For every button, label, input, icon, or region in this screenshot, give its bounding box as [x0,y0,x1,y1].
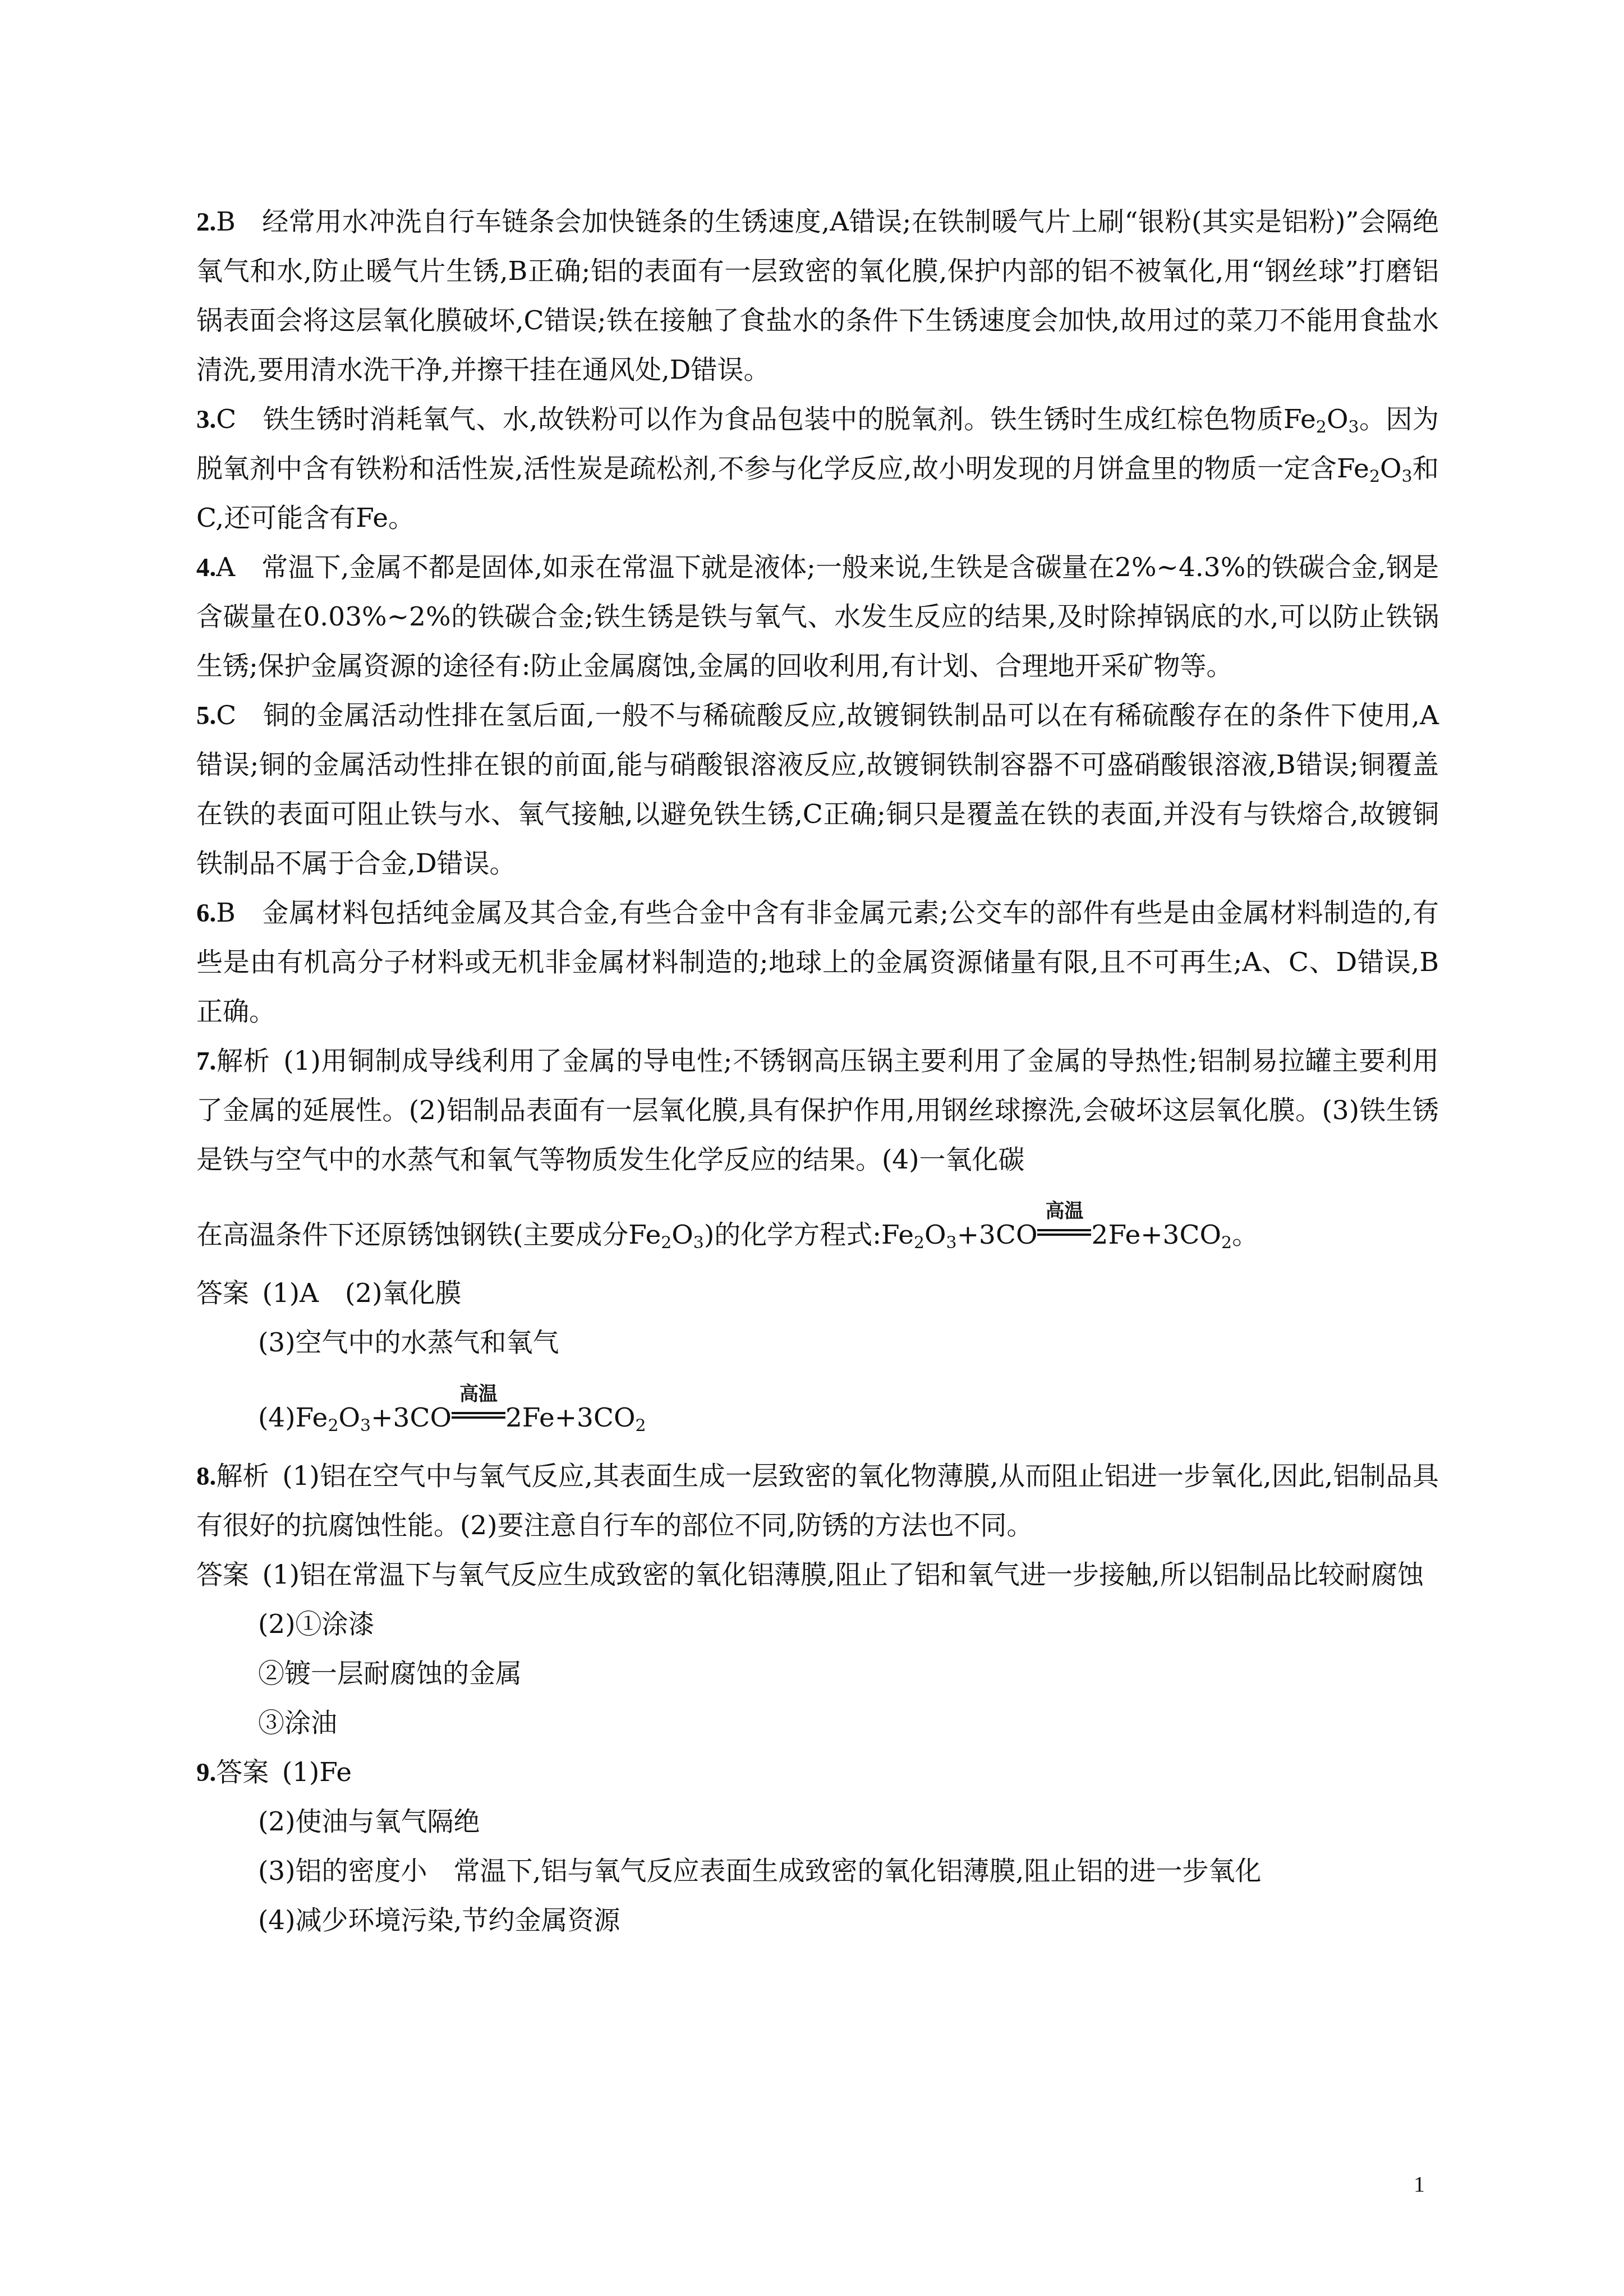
question-4-explanation: 4.A 常温下,金属不都是固体,如汞在常温下就是液体;一般来说,生铁是含碳量在2… [196,543,1439,691]
reaction-condition: 高温 [1037,1229,1091,1244]
formula-part: Fe [881,1220,914,1250]
condition-label: 高温 [1037,1200,1091,1222]
chemical-equation: Fe2O3+3CO高温2Fe+3CO2 [881,1202,1232,1269]
explanation-text: 铜的金属活动性排在氢后面,一般不与稀硫酸反应,故镀铜铁制品可以在有稀硫酸存在的条… [196,700,1439,879]
explanation-text: 经常用水冲洗自行车链条会加快链条的生锈速度,A错误;在铁制暖气片上刷“银粉(其实… [196,206,1439,385]
question-number: 7. [196,1047,216,1076]
subscript: 2 [914,1233,924,1253]
subscript: 2 [636,1416,646,1435]
question-9-answer-4: (4)减少环境污染,节约金属资源 [196,1896,1439,1945]
question-8-answer-2c: ③涂油 [196,1699,1439,1748]
analysis-label: 解析 [216,1046,270,1076]
answer-label: 答案 [216,1757,269,1788]
answer-part-1: (1)A [263,1278,319,1309]
question-8-answer: 答案 (1)铝在常温下与氧气反应生成致密的氧化铝薄膜,阻止了铝和氧气进一步接触,… [196,1550,1439,1600]
answer-part-2: (2)氧化膜 [345,1278,462,1309]
question-8: 8.解析 (1)铝在空气中与氧气反应,其表面生成一层致密的氧化物薄膜,从而阻止铝… [196,1452,1439,1748]
subscript: 2 [1221,1233,1232,1253]
question-3-explanation: 3.C 铁生锈时消耗氧气、水,故铁粉可以作为食品包装中的脱氧剂。铁生锈时生成红棕… [196,395,1439,543]
analysis-text: )的化学方程式: [704,1220,881,1250]
explanation-text: 常温下,金属不都是固体,如汞在常温下就是液体;一般来说,生铁是含碳量在2%~4.… [196,552,1439,682]
subscript: 3 [360,1416,371,1435]
page-number: 1 [1414,2171,1425,2197]
question-7-analysis-equation-line: 在高温条件下还原锈蚀钢铁(主要成分Fe2O3)的化学方程式:Fe2O3+3CO高… [196,1185,1439,1269]
question-7: 7.解析 (1)用铜制成导线利用了金属的导电性;不锈钢高压锅主要利用了金属的导热… [196,1037,1439,1452]
answer-label: 答案 [196,1278,249,1309]
punctuation: 。 [1232,1220,1258,1250]
question-6-explanation: 6.B 金属材料包括纯金属及其合金,有些合金中含有非金属元素;公交车的部件有些是… [196,889,1439,1037]
formula-part: O [671,1220,693,1250]
formula-part: Fe [296,1402,328,1433]
question-8-answer-2: (2)①涂漆 [196,1600,1439,1649]
analysis-text: (1)铝在空气中与氧气反应,其表面生成一层致密的氧化物薄膜,从而阻止铝进一步氧化… [196,1461,1439,1541]
question-number: 3. [196,405,216,434]
analysis-text: (1)用铜制成导线利用了金属的导电性;不锈钢高压锅主要利用了金属的导热性;铝制易… [196,1046,1439,1175]
explanation-text: 铁生锈时消耗氧气、水,故铁粉可以作为食品包装中的脱氧剂。铁生锈时生成红棕色物质F… [263,404,1316,435]
formula-part: O [924,1220,946,1250]
question-9-answer-3: (3)铝的密度小 常温下,铝与氧气反应表面生成致密的氧化铝薄膜,阻止铝的进一步氧… [196,1847,1439,1896]
explanation-text: 金属材料包括纯金属及其合金,有些合金中含有非金属元素;公交车的部件有些是由金属材… [196,898,1439,1027]
question-number: 8. [196,1462,216,1491]
question-2-explanation: 2.B 经常用水冲洗自行车链条会加快链条的生锈速度,A错误;在铁制暖气片上刷“银… [196,197,1439,395]
question-9: 9.答案 (1)Fe (2)使油与氧气隔绝 (3)铝的密度小 常温下,铝与氧气反… [196,1748,1439,1945]
analysis-text: 在高温条件下还原锈蚀钢铁(主要成分Fe [196,1220,661,1250]
chemical-equation: Fe2O3+3CO高温2Fe+3CO2 [296,1384,646,1452]
question-number: 6. [196,899,216,928]
answer-label: 答案 [196,1559,249,1590]
answer-choice: A [216,552,235,583]
double-bar [1037,1229,1091,1236]
question-number: 9. [196,1758,216,1787]
analysis-label: 解析 [216,1461,269,1492]
subscript: 2 [661,1233,671,1253]
answer-choice: C [216,404,236,435]
question-number: 4. [196,553,216,582]
formula-part: O [339,1402,361,1433]
question-8-analysis: 8.解析 (1)铝在空气中与氧气反应,其表面生成一层致密的氧化物薄膜,从而阻止铝… [196,1452,1439,1550]
subscript: 2 [328,1416,338,1435]
question-9-answer-2: (2)使油与氧气隔绝 [196,1797,1439,1847]
question-9-answer: 9.答案 (1)Fe [196,1748,1439,1797]
question-number: 2. [196,208,216,237]
question-number: 5. [196,701,216,730]
question-7-answer: 答案 (1)A (2)氧化膜 [196,1269,1439,1318]
answer-sheet: 2.B 经常用水冲洗自行车链条会加快链条的生锈速度,A错误;在铁制暖气片上刷“银… [196,197,1439,1945]
formula-part: +3CO [371,1402,452,1433]
double-bar [452,1412,505,1419]
answer-part-1: (1)Fe [282,1757,352,1788]
subscript: 2 [1369,467,1380,486]
question-5-explanation: 5.C 铜的金属活动性排在氢后面,一般不与稀硫酸反应,故镀铜铁制品可以在有稀硫酸… [196,691,1439,889]
question-7-answer-3: (3)空气中的水蒸气和氧气 [196,1318,1439,1368]
answer-part-4-label: (4) [258,1402,296,1433]
answer-choice: B [216,206,236,237]
subscript: 3 [1402,467,1413,486]
formula-part: 2Fe+3CO [1091,1220,1221,1250]
subscript: 3 [693,1233,704,1253]
condition-label: 高温 [452,1383,505,1405]
formula-part: O [1327,404,1349,435]
subscript: 3 [946,1233,957,1253]
answer-choice: B [216,898,236,928]
answer-part-1: (1)铝在常温下与氧气反应生成致密的氧化铝薄膜,阻止了铝和氧气进一步接触,所以铝… [263,1559,1424,1590]
reaction-condition: 高温 [452,1412,505,1427]
subscript: 2 [1316,417,1327,437]
formula-part: 2Fe+3CO [505,1402,636,1433]
question-7-answer-4: (4)Fe2O3+3CO高温2Fe+3CO2 [196,1368,1439,1452]
subscript: 3 [1349,417,1359,437]
question-7-analysis: 7.解析 (1)用铜制成导线利用了金属的导电性;不锈钢高压锅主要利用了金属的导热… [196,1037,1439,1185]
answer-choice: C [216,700,236,731]
formula-part: O [1380,453,1402,484]
question-8-answer-2b: ②镀一层耐腐蚀的金属 [196,1649,1439,1699]
formula-part: +3CO [957,1220,1038,1250]
